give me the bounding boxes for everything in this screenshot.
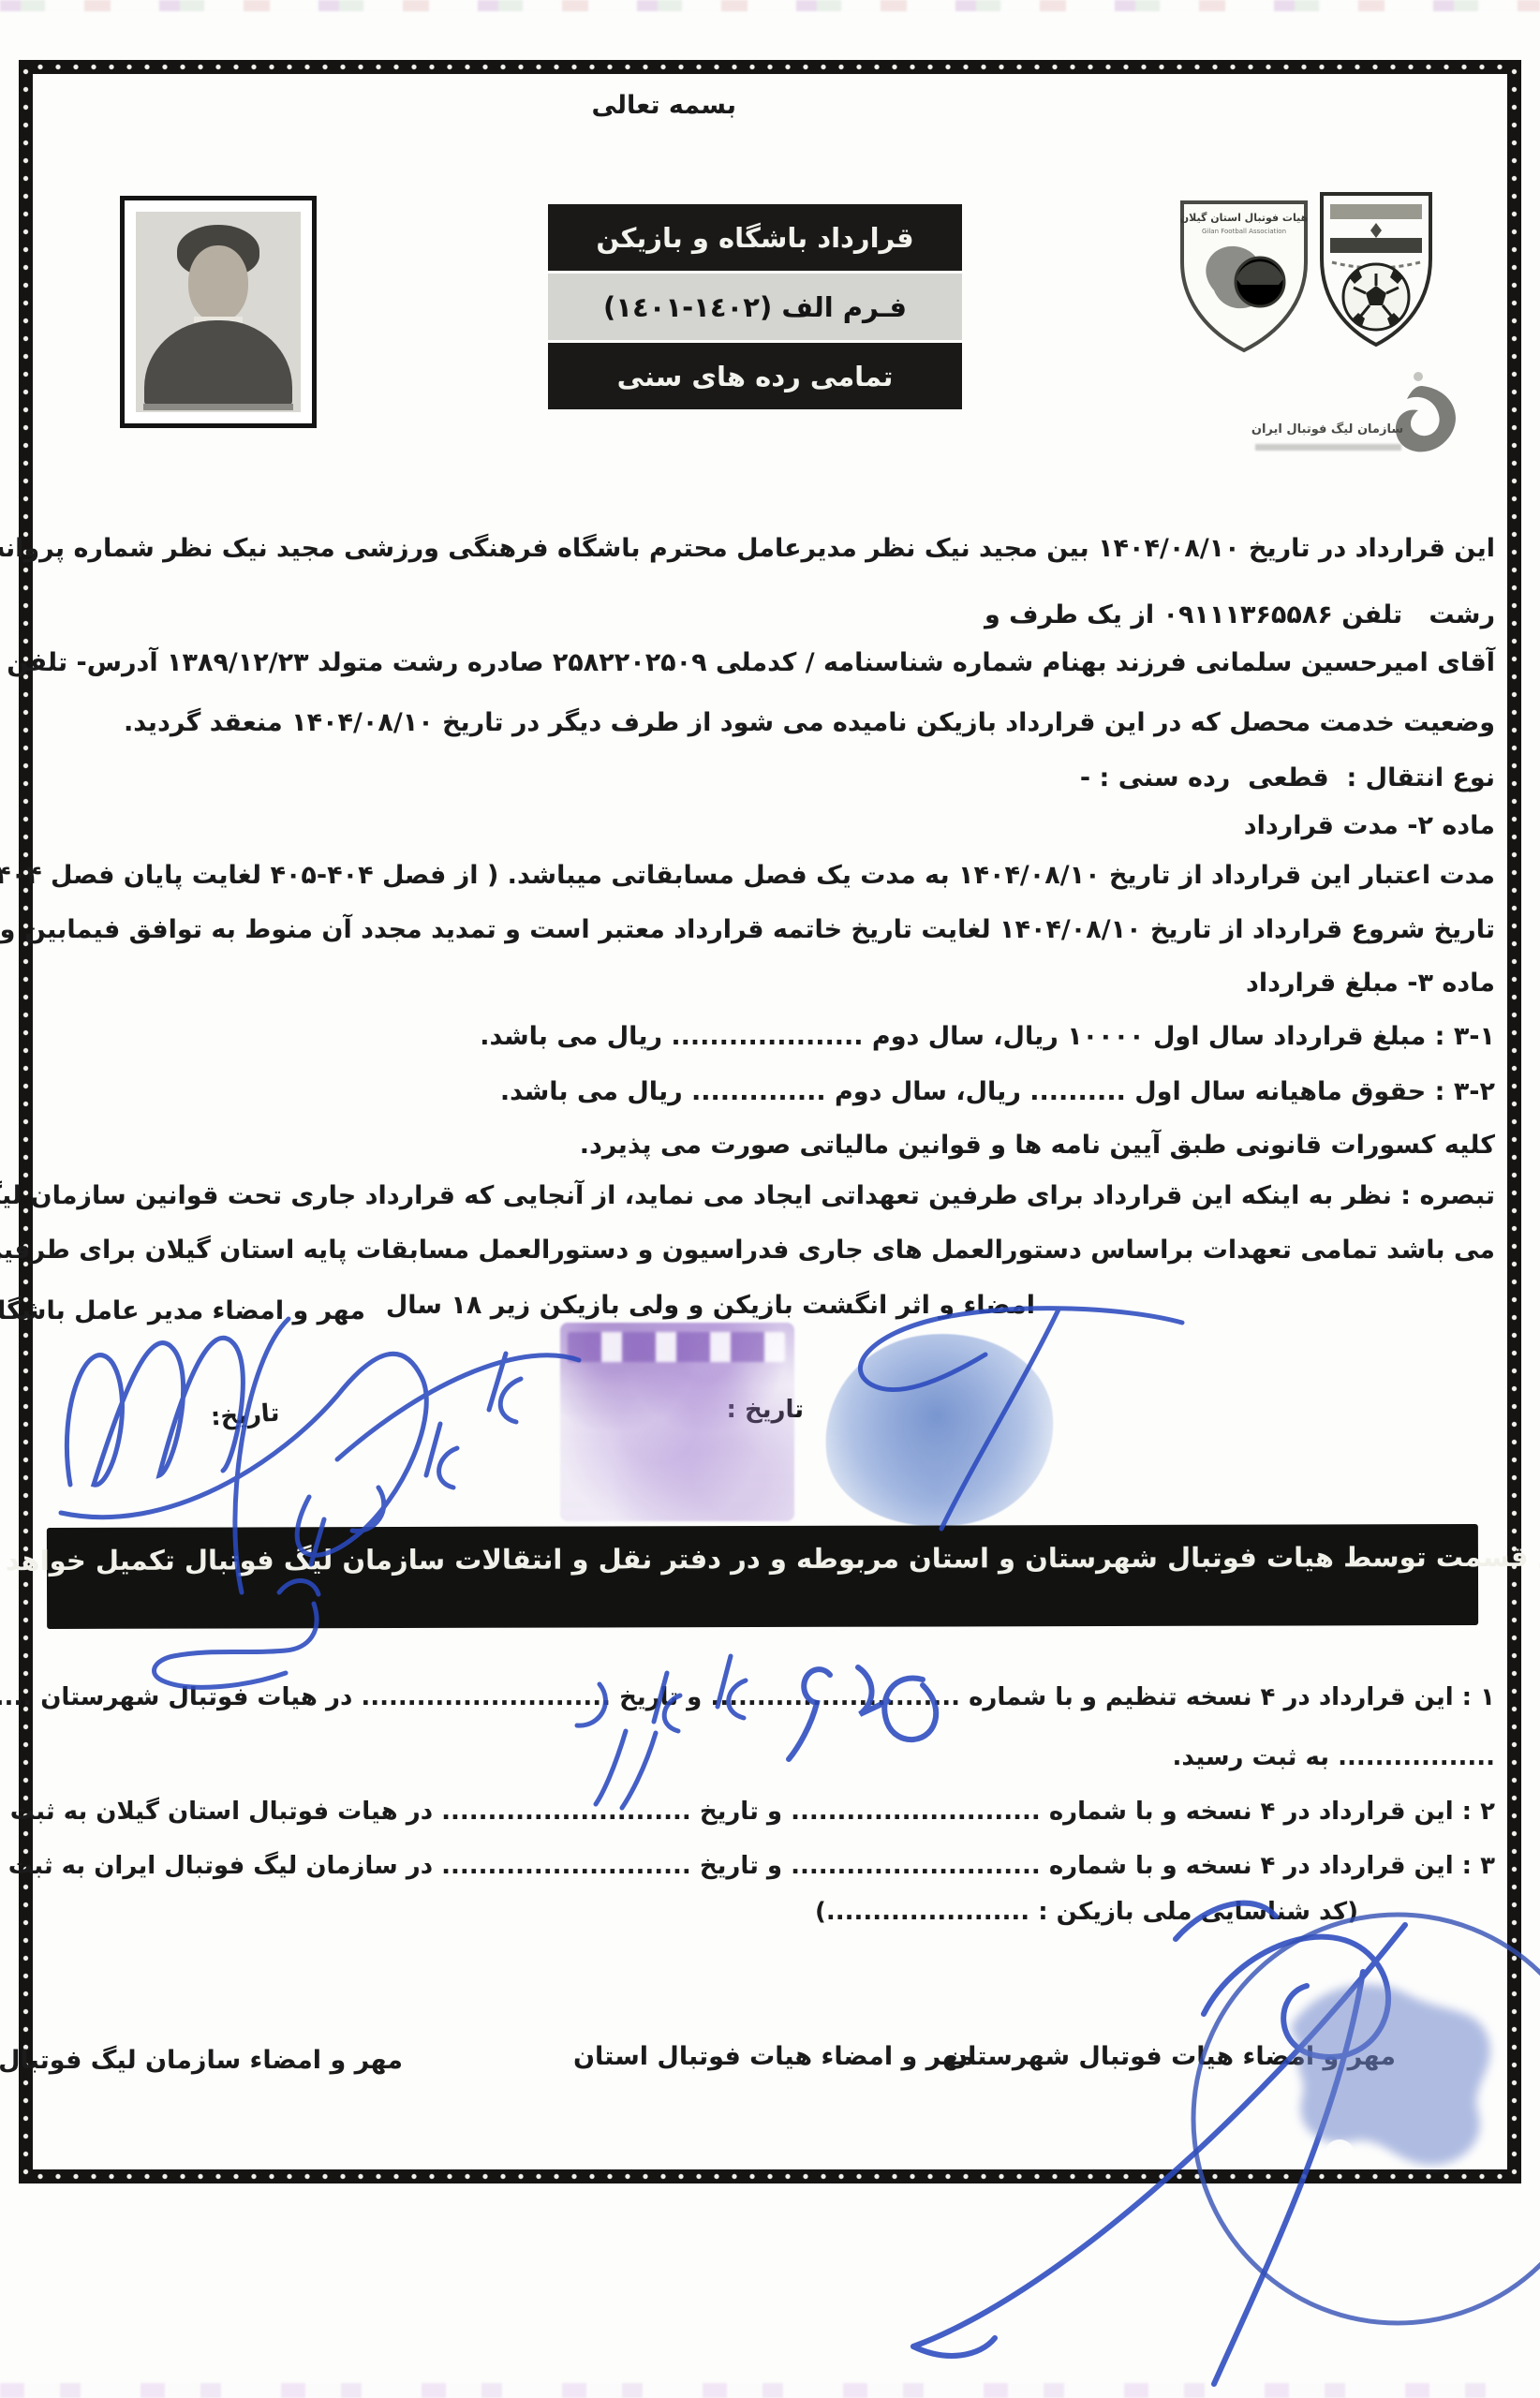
league-organization-title: سازمان لیگ فوتبال ایران	[1238, 422, 1416, 437]
page-border-top	[19, 60, 1521, 74]
note-line1: تبصره : نظر به اینکه این قرارداد برای طر…	[0, 1181, 1495, 1210]
club-stamp-top-band	[568, 1332, 785, 1362]
title-row-ages: تمامی رده های سنی	[548, 343, 962, 409]
article3-heading: ماده ۳- مبلغ قرارداد	[1246, 969, 1495, 998]
gilan-shield-title: هیات فوتبال استان گیلان	[1180, 212, 1308, 224]
article2-line2: تاریخ شروع قرارداد از تاریخ ۱۴۰۴/۰۸/۱۰ ل…	[0, 915, 1495, 944]
registration-item-2: ۲ : این قرارداد در ۴ نسخه و با شماره ...…	[0, 1798, 1495, 1826]
scan-noise-bottom	[0, 2383, 1540, 2398]
player-national-code-line: (کد شناسایی ملی بازیکن : ...............…	[815, 1898, 1358, 1926]
article3-line2: ۳-۲ : حقوق ماهیانه سال اول .......... ری…	[500, 1077, 1495, 1106]
player-signature-heading: امضاء و اثر انگشت بازیکن و ولی بازیکن زی…	[386, 1291, 1035, 1320]
bismillah-text: بسمه تعالی	[592, 91, 736, 120]
page-border-bottom	[19, 2169, 1521, 2183]
footer-league-org-label: مهر و امضاء سازمان لیگ فوتبال	[0, 2046, 403, 2075]
footer-province-fa-label: مهر و امضاء هیات فوتبال استان	[573, 2042, 974, 2071]
completion-banner-text: این قسمت توسط هیات فوتبال شهرستان و استا…	[0, 1541, 1540, 1630]
league-organization-logo	[1370, 367, 1473, 475]
iran-football-federation-logo	[1313, 187, 1439, 352]
player-fingerprint	[812, 1319, 1066, 1542]
article3-line1: ۳-۱ : مبلغ قرارداد سال اول ۱۰۰۰۰ ریال، س…	[480, 1022, 1495, 1051]
title-row-contract: قرارداد باشگاه و بازیکن	[548, 204, 962, 271]
ffiri-flag-band-bottom	[1330, 238, 1422, 253]
registration-item-1-continued: ................. به ثبت رسید.	[1172, 1743, 1495, 1771]
title-row-form: فـرم الف (١٤٠٢-١٤٠١)	[548, 274, 962, 340]
footer-county-fa-label: مهر و امضاء هیات فوتبال شهرستان	[946, 2042, 1396, 2071]
transfer-type-line: نوع انتقال : قطعی رده سنی : -	[1080, 763, 1495, 792]
registration-item-1: ۱ : این قرارداد در ۴ نسخه تنظیم و با شما…	[0, 1683, 1495, 1711]
league-logo-swirl	[1396, 386, 1456, 451]
contract-player-line1: آقای امیرحسین سلمانی فرزند بهنام شماره ش…	[0, 648, 1495, 677]
league-logo-dot	[1414, 372, 1423, 381]
article2-line1: مدت اعتبار این قرارداد از تاریخ ۱۴۰۴/۰۸/…	[0, 861, 1495, 890]
page-border-right	[1507, 60, 1521, 2183]
note-line2: می باشد تمامی تعهدات براساس دستورالعمل ه…	[0, 1236, 1495, 1265]
scan-noise-top	[0, 0, 1540, 11]
ffiri-flag-band-top	[1330, 204, 1422, 219]
registration-date-handwriting	[577, 1656, 746, 1808]
player-photo	[120, 196, 317, 428]
article2-heading: ماده ۲- مدت قرارداد	[1244, 811, 1495, 840]
club-signature-heading: مهر و امضاء مدیر عامل باشگاه	[0, 1296, 365, 1325]
registration-serial-handwriting	[789, 1667, 936, 1759]
contract-title-box: قرارداد باشگاه و بازیکن فـرم الف (١٤٠٢-١…	[548, 204, 962, 412]
contract-intro-line1: این قرارداد در تاریخ ۱۴۰۴/۰۸/۱۰ بین مجید…	[0, 534, 1495, 563]
registration-item-3: ۳ : این قرارداد در ۴ نسخه و با شماره ...…	[0, 1852, 1495, 1880]
contract-intro-line2: رشت تلفن ۰۹۱۱۱۳۶۵۵۸۶ از یک طرف و	[985, 600, 1495, 629]
club-date-label: تاریخ:	[210, 1399, 280, 1431]
article3-line3: کلیه کسورات قانونی طبق آیین نامه ها و قو…	[580, 1131, 1495, 1160]
club-stamp-purple	[560, 1323, 794, 1521]
county-fa-stamp	[1193, 1915, 1540, 2323]
gilan-fa-logo: هیات فوتبال استان گیلان Gilan Football A…	[1173, 195, 1315, 356]
county-fa-signature	[913, 1903, 1405, 2384]
gilan-shield-subtitle: Gilan Football Association	[1202, 228, 1286, 235]
league-organization-subtitle-blur	[1255, 444, 1401, 451]
contract-player-line2: وضعیت خدمت محصل که در این قرارداد بازیکن…	[124, 708, 1495, 737]
scanned-contract-page: بسمه تعالی قرارداد باشگاه و بازیکن فـرم …	[0, 0, 1540, 2398]
player-portrait	[136, 212, 301, 412]
portrait-bottom-band	[143, 404, 293, 410]
portrait-face	[188, 245, 248, 322]
completion-banner: این قسمت توسط هیات فوتبال شهرستان و استا…	[47, 1524, 1478, 1629]
portrait-jersey	[144, 320, 292, 407]
